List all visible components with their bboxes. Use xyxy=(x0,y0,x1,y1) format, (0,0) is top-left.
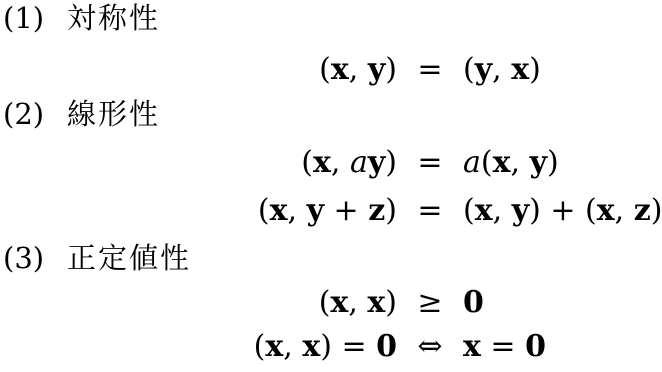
math-run: x xyxy=(302,329,320,364)
math-run: = xyxy=(481,329,525,364)
math-run: x xyxy=(270,193,288,228)
math-run: ) = xyxy=(320,329,376,364)
math-run: ) xyxy=(547,145,559,180)
math-run: y xyxy=(368,52,385,87)
equation-lhs: (x, ay) xyxy=(301,142,397,184)
math-run: x xyxy=(331,52,349,87)
math-run: , xyxy=(615,193,634,228)
math-run: y xyxy=(307,193,324,228)
math-run: 0 xyxy=(525,329,546,364)
equation-positive: (x, x) ≥ 0 xyxy=(0,282,662,324)
equation-rhs: a(x, y) xyxy=(463,142,559,184)
math-run: x xyxy=(265,329,283,364)
math-run: 0 xyxy=(376,329,397,364)
math-run: y xyxy=(475,52,492,87)
math-run: ( xyxy=(319,285,331,320)
equation-linearity-scalar: (x, ay) = a(x, y) xyxy=(0,142,662,184)
math-run: x xyxy=(597,193,615,228)
math-run: , xyxy=(348,285,367,320)
equation-rhs: (x, y) + (x, z) xyxy=(463,190,662,232)
math-run: y xyxy=(512,193,529,228)
math-run: , xyxy=(493,193,512,228)
math-run: , xyxy=(511,145,530,180)
section-number: (1) xyxy=(3,0,44,36)
math-run: ⇔ xyxy=(417,329,442,364)
equation-symmetry: (x, y) = (y, x) xyxy=(0,49,662,91)
math-run: = xyxy=(417,52,442,87)
equation-lhs: (x, x) = 0 xyxy=(254,326,397,368)
equation-relation: ⇔ xyxy=(397,326,463,368)
math-run: ( xyxy=(463,52,475,87)
section-title: 正定値性 xyxy=(67,240,191,276)
math-run: z xyxy=(368,193,385,228)
math-run: ( xyxy=(258,193,270,228)
math-run: y xyxy=(530,145,547,180)
section-number: (2) xyxy=(3,96,44,132)
math-run: x xyxy=(463,329,481,364)
math-run: , xyxy=(288,193,307,228)
math-run: ( xyxy=(481,145,493,180)
equation-relation: ≥ xyxy=(397,282,463,324)
equation-relation: = xyxy=(397,190,463,232)
equation-rhs: 0 xyxy=(463,282,484,324)
math-run: ( xyxy=(463,193,475,228)
equation-lhs: (x, x) xyxy=(319,282,397,324)
equation-rhs: (y, x) xyxy=(463,49,541,91)
math-run: x xyxy=(511,52,529,87)
equation-linearity-additive: (x, y + z) = (x, y) + (x, z) xyxy=(0,190,662,232)
math-run: , xyxy=(283,329,302,364)
section-heading-symmetry: (1) 対称性 xyxy=(0,0,662,36)
math-run: + xyxy=(324,193,368,228)
equation-definite: (x, x) = 0 ⇔ x = 0 xyxy=(0,326,662,368)
math-run: 0 xyxy=(463,285,484,320)
math-run: ( xyxy=(319,52,331,87)
math-run: ≥ xyxy=(417,285,442,320)
math-run: a xyxy=(350,145,368,180)
math-run: ) xyxy=(529,52,541,87)
equation-rhs: x = 0 xyxy=(463,326,546,368)
math-run: = xyxy=(417,193,442,228)
math-run: ) xyxy=(385,285,397,320)
math-run: ) + ( xyxy=(529,193,597,228)
math-run: , xyxy=(349,52,368,87)
math-run: x xyxy=(475,193,493,228)
math-run: , xyxy=(331,145,350,180)
math-run: ( xyxy=(254,329,266,364)
math-run: ( xyxy=(301,145,313,180)
section-title: 線形性 xyxy=(67,96,160,132)
section-number: (3) xyxy=(3,240,44,276)
math-run: a xyxy=(463,145,481,180)
section-title: 対称性 xyxy=(67,0,160,36)
document-canvas: (1) 対称性 (x, y) = (y, x) (2) 線形性 (x, ay) … xyxy=(0,0,662,372)
math-run: ) xyxy=(385,145,397,180)
section-heading-positive-definite: (3) 正定値性 xyxy=(0,240,662,276)
math-run: z xyxy=(634,193,651,228)
equation-lhs: (x, y + z) xyxy=(258,190,397,232)
math-run: ) xyxy=(651,193,662,228)
math-run: , xyxy=(492,52,511,87)
math-run: x xyxy=(493,145,511,180)
math-run: y xyxy=(368,145,385,180)
equation-relation: = xyxy=(397,49,463,91)
section-heading-linearity: (2) 線形性 xyxy=(0,96,662,132)
equation-lhs: (x, y) xyxy=(319,49,397,91)
math-run: = xyxy=(417,145,442,180)
math-run: x xyxy=(367,285,385,320)
math-run: ) xyxy=(385,52,397,87)
equation-relation: = xyxy=(397,142,463,184)
math-run: x xyxy=(313,145,331,180)
math-run: ) xyxy=(385,193,397,228)
math-run: x xyxy=(330,285,348,320)
